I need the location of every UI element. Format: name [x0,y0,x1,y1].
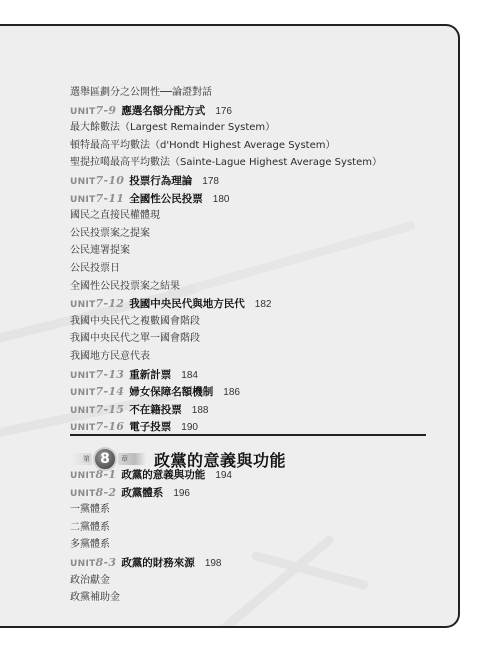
chapter-badge: 第 8 章 [70,447,146,471]
unit-label: UNIT7-9 [70,107,116,117]
unit-number: 7-14 [96,385,125,398]
unit-title: 我國中央民代與地方民代 [129,298,245,310]
page-number: 176 [215,106,232,117]
unit-label: UNIT7-13 [70,371,124,381]
toc-subtopic-entry[interactable]: 公民連署提案 [70,242,130,259]
unit-label: UNIT8-2 [70,489,116,499]
unit-number: 7-13 [96,368,125,381]
unit-number: 8-3 [96,556,117,569]
unit-prefix: UNIT [70,388,96,398]
toc-subtopic-entry[interactable]: 頓特最高平均數法（d'Hondt Highest Average System） [70,137,336,154]
toc-unit-entry[interactable]: UNIT7-15不在籍投票188 [70,401,208,418]
unit-title: 政黨體系 [121,487,163,499]
unit-title: 婦女保障名額機制 [129,386,213,398]
toc-unit-entry[interactable]: UNIT7-9應選名額分配方式176 [70,102,232,119]
chapter-label-left: 第 [70,453,92,465]
unit-label: UNIT7-10 [70,177,124,187]
toc-subtopic-entry[interactable]: 公民投票日 [70,260,120,277]
unit-number: 7-9 [96,104,117,117]
unit-label: UNIT8-1 [70,471,116,481]
unit-number: 7-10 [96,174,125,187]
unit-title: 政黨的財務來源 [121,557,195,569]
toc-subtopic-entry[interactable]: 我國中央民代之單一國會階段 [70,330,200,347]
unit-number: 7-15 [96,403,125,416]
chapter-label-right: 章 [118,453,146,465]
unit-prefix: UNIT [70,371,96,381]
unit-label: UNIT7-15 [70,406,124,416]
background-decoration [164,220,416,300]
unit-title: 不在籍投票 [129,404,182,416]
unit-title: 全國性公民投票 [129,193,203,205]
page-number: 184 [181,370,198,381]
unit-number: 8-2 [96,486,117,499]
toc-subtopic-entry[interactable]: 國民之直接民權體現 [70,207,160,224]
page-number: 178 [202,176,219,187]
toc-unit-entry[interactable]: UNIT7-13重新計票184 [70,366,198,383]
unit-label: UNIT7-11 [70,195,124,205]
page-number: 186 [223,387,240,398]
toc-subtopic-entry[interactable]: 政黨補助金 [70,589,120,606]
unit-title: 電子投票 [129,421,171,433]
page-number: 180 [213,194,230,205]
unit-prefix: UNIT [70,559,96,569]
chapter-number: 8 [93,447,117,471]
unit-prefix: UNIT [70,195,96,205]
unit-prefix: UNIT [70,471,96,481]
unit-title: 重新計票 [129,369,171,381]
unit-number: 7-12 [96,297,125,310]
toc-subtopic-entry[interactable]: 最大餘數法（Largest Remainder System） [70,119,275,136]
unit-prefix: UNIT [70,423,96,433]
page-number: 190 [181,422,198,433]
toc-subtopic-entry[interactable]: 政治獻金 [70,572,110,589]
unit-label: UNIT7-16 [70,423,124,433]
unit-prefix: UNIT [70,107,96,117]
toc-subtopic-entry[interactable]: 多黨體系 [70,536,110,553]
unit-label: UNIT8-3 [70,559,116,569]
chapter-divider [70,434,426,436]
toc-subtopic-entry[interactable]: 公民投票案之提案 [70,225,150,242]
unit-label: UNIT7-12 [70,300,124,310]
unit-label: UNIT7-14 [70,388,124,398]
toc-subtopic-entry[interactable]: 我國中央民代之複數國會階段 [70,313,200,330]
toc-unit-entry[interactable]: UNIT7-10投票行為理論178 [70,172,219,189]
unit-number: 7-16 [96,420,125,433]
unit-number: 7-11 [96,192,125,205]
toc-unit-entry[interactable]: UNIT7-12我國中央民代與地方民代182 [70,295,271,312]
toc-subtopic-entry[interactable]: 一黨體系 [70,501,110,518]
unit-title: 應選名額分配方式 [121,105,205,117]
unit-prefix: UNIT [70,177,96,187]
page-number: 182 [255,299,272,310]
unit-prefix: UNIT [70,406,96,416]
unit-prefix: UNIT [70,489,96,499]
unit-title: 投票行為理論 [129,175,192,187]
background-decoration [215,534,336,628]
toc-unit-entry[interactable]: UNIT7-11全國性公民投票180 [70,190,229,207]
toc-page-panel: 選舉區劃分之公開性──論證對話UNIT7-9應選名額分配方式176最大餘數法（L… [0,24,460,628]
toc-unit-entry[interactable]: UNIT8-2政黨體系196 [70,484,190,501]
chapter-8-header: 第 8 章 政黨的意義與功能 [70,446,286,472]
toc-unit-entry[interactable]: UNIT7-14婦女保障名額機制186 [70,383,240,400]
page-number: 188 [192,405,209,416]
toc-subtopic-entry[interactable]: 二黨體系 [70,519,110,536]
toc-subtopic-entry[interactable]: 我國地方民意代表 [70,348,150,365]
toc-subtopic-entry[interactable]: 選舉區劃分之公開性──論證對話 [70,84,212,101]
toc-subtopic-entry[interactable]: 聖提拉噶最高平均數法（Sainte-Lague Highest Average … [70,154,382,171]
toc-unit-entry[interactable]: UNIT7-16電子投票190 [70,418,198,435]
page-number: 196 [173,488,190,499]
toc-subtopic-entry[interactable]: 全國性公民投票案之結果 [70,278,180,295]
page-number: 198 [205,558,222,569]
chapter-title: 政黨的意義與功能 [154,448,286,471]
toc-unit-entry[interactable]: UNIT8-3政黨的財務來源198 [70,554,222,571]
unit-prefix: UNIT [70,300,96,310]
